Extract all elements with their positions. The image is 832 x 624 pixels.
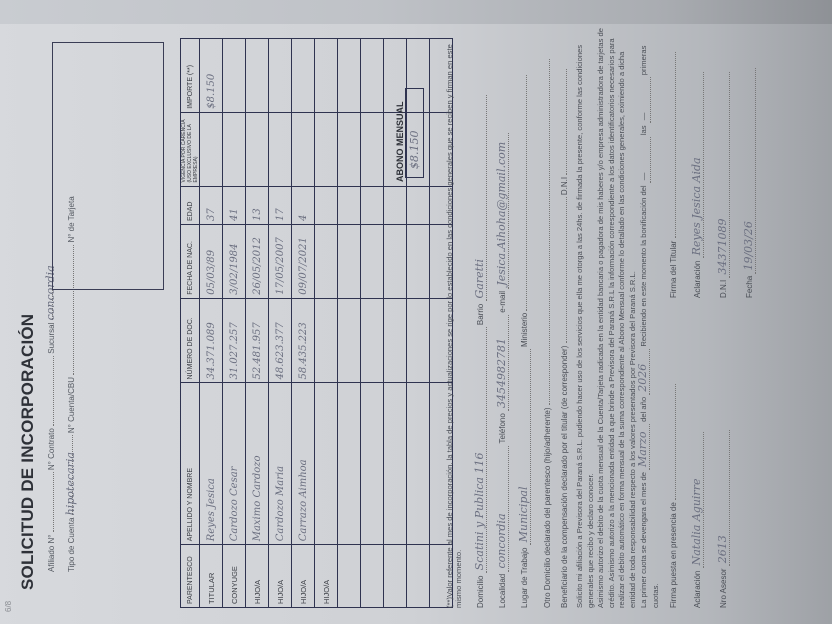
lower-section: (**)Valor referente al mes de incorporac… <box>445 28 759 608</box>
table-row: CONYUGECardozo Cesar31.027.2573/02/19844… <box>223 39 246 608</box>
beneficiario-label: Beneficiario de la compensación declarad… <box>560 346 569 608</box>
col-doc: Número de Doc. <box>181 298 200 383</box>
cell-importe[interactable] <box>246 39 269 113</box>
cell-edad[interactable]: 41 <box>223 186 246 225</box>
dni-titular-field[interactable]: 34371089 <box>716 72 730 278</box>
cell-parentesco[interactable] <box>338 545 361 608</box>
cell-nombre[interactable]: Maximo Cardozo <box>246 383 269 545</box>
cell-importe[interactable]: $8.150 <box>200 39 223 113</box>
presencia-field[interactable] <box>675 384 676 500</box>
beneficiario-dni-field[interactable] <box>566 69 567 175</box>
cell-vigencia[interactable] <box>315 112 338 186</box>
form-title: SOLICITUD DE INCORPORACIÓN <box>18 314 38 590</box>
cell-doc[interactable] <box>407 298 430 383</box>
cell-doc[interactable] <box>384 298 407 383</box>
cell-doc[interactable]: 34.371.089 <box>200 298 223 383</box>
dni-titular-label: D.N.I <box>719 280 728 298</box>
bonif-field[interactable]: — <box>639 137 651 183</box>
barrio-label: Barrio <box>476 304 485 325</box>
firma-titular-field[interactable] <box>675 52 676 238</box>
contrato-label: N° Contrato <box>47 428 56 470</box>
cell-edad[interactable]: 4 <box>292 186 315 225</box>
cell-fecha[interactable]: 3/02/1984 <box>223 225 246 299</box>
cell-nombre[interactable] <box>315 383 338 545</box>
localidad-row: Localidad concordia Teléfono 3454982781 … <box>495 28 509 608</box>
table-row: HIJO/ACarrazo Aimhoa58.435.22309/07/2021… <box>292 39 315 608</box>
domicilio-row: Domicilio Scatini y Publica 116 Barrio G… <box>473 28 487 608</box>
cell-fecha[interactable] <box>407 225 430 299</box>
domicilio-field[interactable]: Scatini y Publica 116 <box>473 327 487 573</box>
afiliado-field[interactable] <box>45 472 54 532</box>
cell-doc[interactable]: 48.623.377 <box>269 298 292 383</box>
cell-doc[interactable]: 31.027.257 <box>223 298 246 383</box>
table-header-row: Parentesco Apellido y Nombre Número de D… <box>181 39 200 608</box>
cell-edad[interactable]: 37 <box>200 186 223 225</box>
contrato-field[interactable] <box>45 356 54 426</box>
cell-vigencia[interactable] <box>338 112 361 186</box>
table-row: HIJO/A <box>315 39 338 608</box>
mes-field[interactable]: Marzo <box>638 424 650 470</box>
nro-asesor-field[interactable]: 2613 <box>716 430 730 566</box>
beneficiario-dni-label: D.N.I <box>560 177 569 195</box>
cell-importe[interactable] <box>361 39 384 113</box>
fecha-field[interactable]: 19/03/26 <box>742 68 756 274</box>
cell-nombre[interactable] <box>361 383 384 545</box>
ministerio-label: Ministerio <box>520 313 529 347</box>
ministerio-field[interactable] <box>526 75 527 311</box>
titular-signature-block: Firma del Titular Aclaración Reyes Jesic… <box>669 52 768 298</box>
table-row <box>361 39 384 608</box>
col-nombre: Apellido y Nombre <box>181 383 200 545</box>
cell-importe[interactable] <box>223 39 246 113</box>
legal-text: Solicito mi afiliación a Previsora del P… <box>575 28 661 608</box>
localidad-field[interactable]: concordia <box>495 446 509 572</box>
cell-edad[interactable] <box>384 186 407 225</box>
cell-parentesco[interactable]: HIJO/A <box>269 545 292 608</box>
header-row-1: Afiliado N° N° Contrato Sucursal concord… <box>44 260 56 572</box>
nro-asesor-label: Nro Asesor <box>719 568 728 608</box>
cell-fecha[interactable]: 09/07/2021 <box>292 225 315 299</box>
otro-domicilio-label: Otro Domicilio declarado del parentesco … <box>543 407 552 608</box>
cell-importe[interactable] <box>292 39 315 113</box>
cell-edad[interactable]: 17 <box>269 186 292 225</box>
abono-value-box[interactable]: $8.150 <box>405 88 424 178</box>
cell-parentesco[interactable]: HIJO/A <box>315 545 338 608</box>
cell-vigencia[interactable] <box>246 112 269 186</box>
primera-cuota: La primer cuota se devengara el mes de M… <box>638 28 661 608</box>
table-row: TITULARReyes Jesica34.371.08905/03/8937$… <box>200 39 223 608</box>
cell-nombre[interactable]: Reyes Jesica <box>200 383 223 545</box>
col-parentesco: Parentesco <box>181 545 200 608</box>
cell-doc[interactable]: 58.435.223 <box>292 298 315 383</box>
sucursal-label: Sucursal <box>47 323 56 354</box>
cell-edad[interactable] <box>361 186 384 225</box>
legal-paragraph-2: Asimismo autorizo el debito de la cuota … <box>596 28 638 608</box>
bonif-text: Recibiendo en este momento la bonificaci… <box>639 185 648 346</box>
cell-vigencia[interactable] <box>292 112 315 186</box>
beneficiario-row: Beneficiario de la compensación declarad… <box>560 28 569 608</box>
cell-edad[interactable] <box>315 186 338 225</box>
telefono-label: Teléfono <box>498 413 507 443</box>
afiliado-label: Afiliado N° <box>47 535 56 572</box>
col-vigencia: Vigencia por carencia (uso exclusivo de … <box>181 112 200 186</box>
trabajo-row: Lugar de Trabajo Municipal Ministerio <box>517 28 531 608</box>
col-fecha: Fecha de Nac. <box>181 225 200 299</box>
cell-vigencia[interactable] <box>269 112 292 186</box>
table-row <box>338 39 361 608</box>
cell-doc[interactable] <box>338 298 361 383</box>
cell-importe[interactable] <box>315 39 338 113</box>
cell-nombre[interactable]: Cardozo Maria <box>269 383 292 545</box>
otro-domicilio-row: Otro Domicilio declarado del parentesco … <box>543 28 552 608</box>
abono-value: $8.150 <box>408 131 421 170</box>
email-label: e-mail <box>498 291 507 313</box>
cell-parentesco[interactable] <box>407 545 430 608</box>
cell-vigencia[interactable] <box>200 112 223 186</box>
aclaracion-titular-field[interactable]: Reyes Jesica Aida <box>690 72 704 258</box>
cell-fecha[interactable] <box>384 225 407 299</box>
cell-nombre[interactable] <box>407 383 430 545</box>
aclaracion-titular-label: Aclaración <box>693 261 702 298</box>
presencia-label: Firma puesta en presencia de <box>669 502 678 608</box>
cell-doc[interactable]: 52.481.957 <box>246 298 269 383</box>
cell-parentesco[interactable]: CONYUGE <box>223 545 246 608</box>
anio-label: del año <box>639 397 648 422</box>
beneficiario-field[interactable] <box>566 197 567 343</box>
aclaracion-asesor-label: Aclaración <box>693 571 702 608</box>
signatures: Firma puesta en presencia de Aclaración … <box>669 28 759 608</box>
cell-importe[interactable] <box>269 39 292 113</box>
cuenta-cbu-label: N° Cuenta/CBU <box>67 377 76 433</box>
las-field[interactable]: — <box>639 77 651 123</box>
table-row: HIJO/ACardozo Maria48.623.37717/05/20071… <box>269 39 292 608</box>
legal-paragraph-1: Solicito mi afiliación a Previsora del P… <box>575 28 596 608</box>
trabajo-label: Lugar de Trabajo <box>520 548 529 609</box>
domicilio-label: Domicilio <box>476 576 485 608</box>
cell-fecha[interactable]: 05/03/89 <box>200 225 223 299</box>
trabajo-field[interactable]: Municipal <box>517 349 531 545</box>
table-row: HIJO/AMaximo Cardozo52.481.95726/05/2012… <box>246 39 269 608</box>
localidad-label: Localidad <box>498 574 507 608</box>
cell-fecha[interactable] <box>361 225 384 299</box>
page-number: 6/8 <box>4 601 13 612</box>
price-note: (**)Valor referente al mes de incorporac… <box>445 28 463 608</box>
photo-box <box>52 42 164 290</box>
cell-vigencia[interactable] <box>361 112 384 186</box>
tipo-cuenta-label: Tipo de Cuenta <box>67 518 76 572</box>
cell-fecha[interactable]: 26/05/2012 <box>246 225 269 299</box>
cell-parentesco[interactable] <box>361 545 384 608</box>
cell-doc[interactable] <box>361 298 384 383</box>
cell-edad[interactable] <box>338 186 361 225</box>
tipo-cuenta-field[interactable]: hipotecaria <box>64 435 73 515</box>
aclaracion-asesor-field[interactable]: Natalia Aguirre <box>690 432 704 568</box>
fecha-label: Fecha <box>745 276 754 298</box>
cell-parentesco[interactable]: TITULAR <box>200 545 223 608</box>
cell-vigencia[interactable] <box>223 112 246 186</box>
abono-mensual: ABONO MENSUAL $8.150 <box>395 34 424 182</box>
cell-doc[interactable] <box>315 298 338 383</box>
col-edad: Edad <box>181 186 200 225</box>
cell-nombre[interactable]: Cardozo Cesar <box>223 383 246 545</box>
otro-domicilio-field[interactable] <box>549 59 550 405</box>
cell-importe[interactable] <box>338 39 361 113</box>
cell-edad[interactable] <box>407 186 430 225</box>
cell-fecha[interactable] <box>338 225 361 299</box>
cell-edad[interactable]: 13 <box>246 186 269 225</box>
email-field[interactable]: Jesica.Aihoha@gmail.com <box>495 133 509 289</box>
cell-fecha[interactable]: 17/05/2007 <box>269 225 292 299</box>
abono-label: ABONO MENSUAL <box>395 102 405 182</box>
cell-fecha[interactable] <box>315 225 338 299</box>
las-label: las <box>639 125 648 135</box>
cell-parentesco[interactable]: HIJO/A <box>292 545 315 608</box>
primera-cuota-prefix: La primer cuota se devengara el mes de <box>639 472 648 608</box>
cell-nombre[interactable] <box>338 383 361 545</box>
cell-parentesco[interactable]: HIJO/A <box>246 545 269 608</box>
barrio-field[interactable]: Garetti <box>473 96 487 302</box>
form-paper: 6/8 SOLICITUD DE INCORPORACIÓN Afiliado … <box>0 24 832 624</box>
firma-titular-label: Firma del Titular <box>669 241 678 298</box>
telefono-field[interactable]: 3454982781 <box>495 315 509 411</box>
anio-field[interactable]: 2026 <box>638 349 650 395</box>
cell-nombre[interactable] <box>384 383 407 545</box>
cell-nombre[interactable]: Carrazo Aimhoa <box>292 383 315 545</box>
asesor-signature-block: Firma puesta en presencia de Aclaración … <box>669 384 742 608</box>
col-importe: Importe (**) <box>181 39 200 113</box>
cell-parentesco[interactable] <box>384 545 407 608</box>
